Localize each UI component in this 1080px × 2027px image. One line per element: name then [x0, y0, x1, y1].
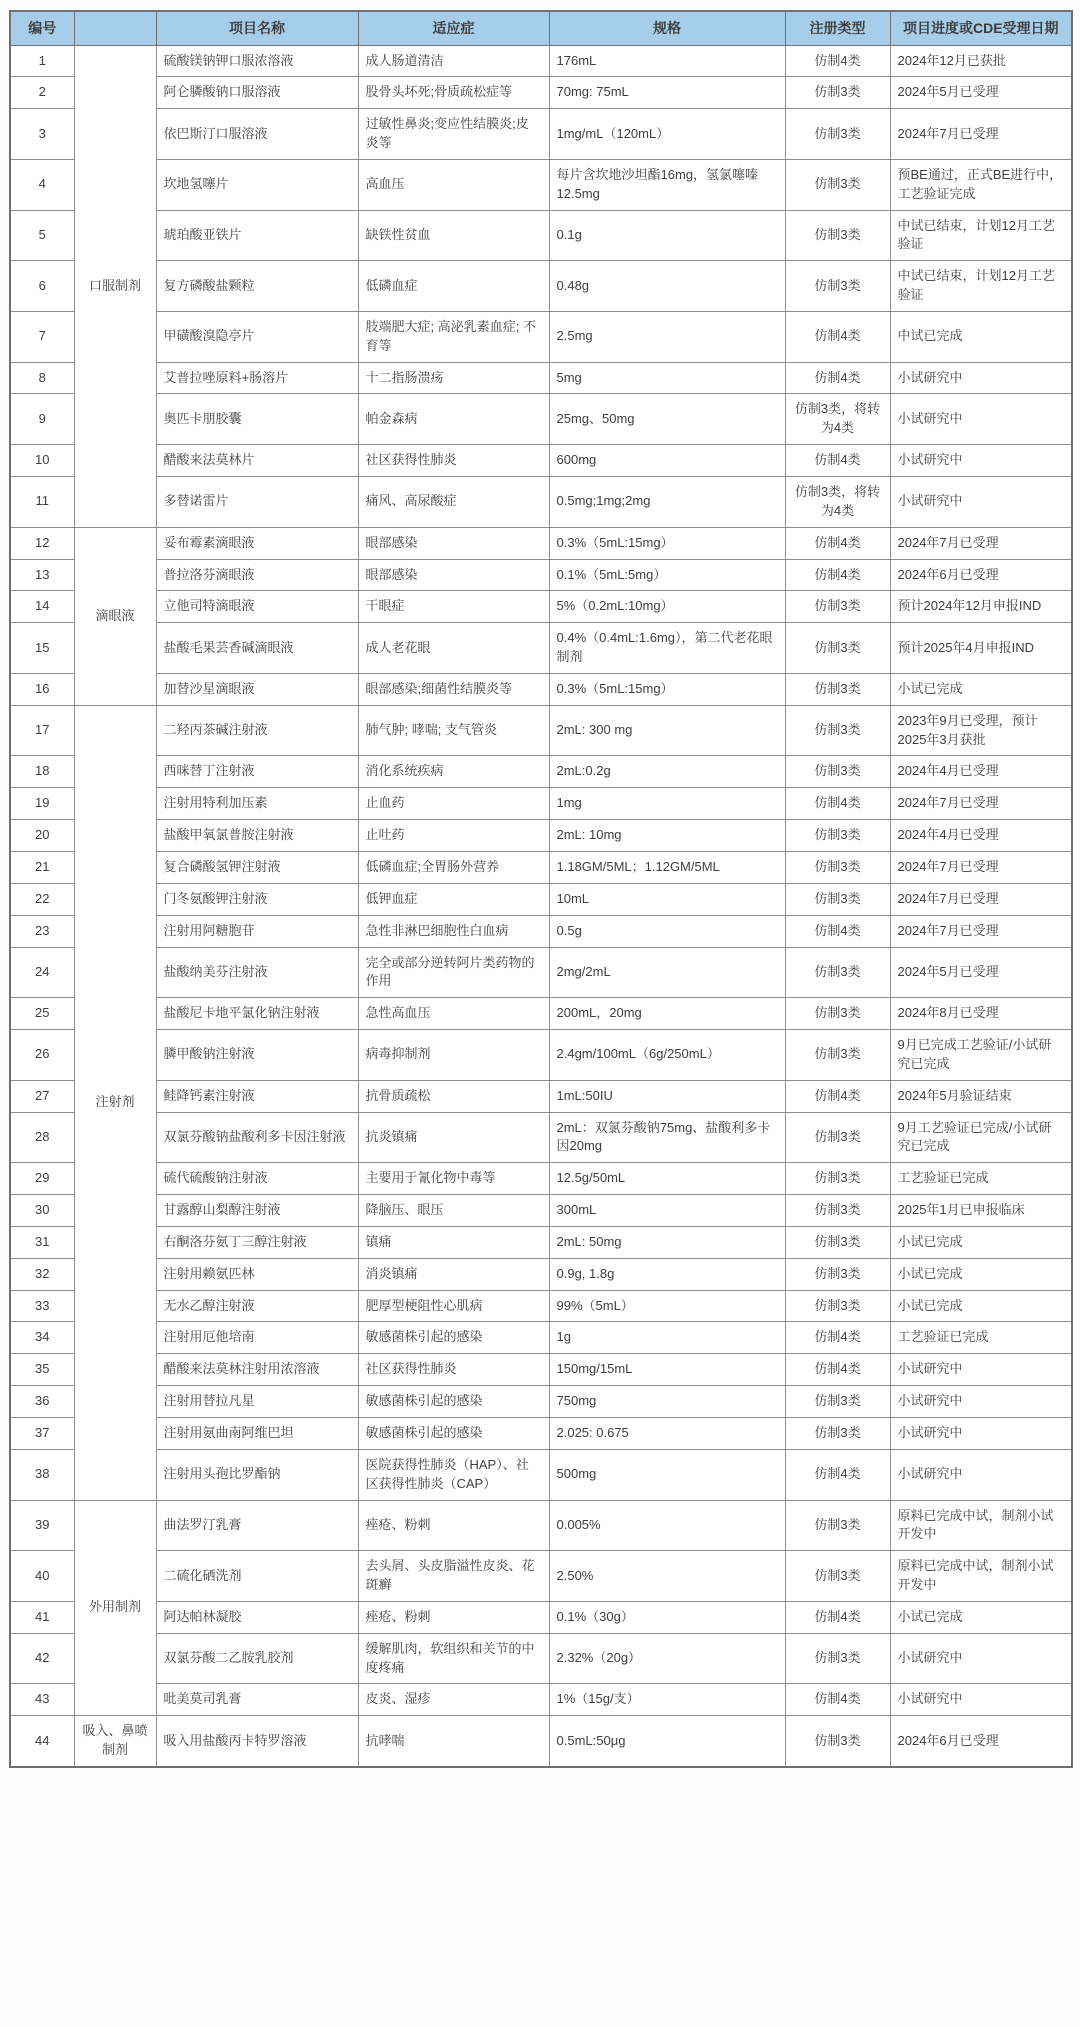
reg-type-cell: 仿制3类 [785, 705, 890, 756]
row-number-cell: 36 [10, 1386, 74, 1418]
indication-cell: 眼部感染 [358, 559, 549, 591]
category-cell: 口服制剂 [74, 45, 156, 527]
indication-cell: 社区获得性肺炎 [358, 445, 549, 477]
reg-type-cell: 仿制3类 [785, 1258, 890, 1290]
spec-cell: 2mL: 300 mg [549, 705, 785, 756]
spec-cell: 每片含坎地沙坦酯16mg，氢氯噻嗪12.5mg [549, 159, 785, 210]
progress-cell: 2024年5月已受理 [890, 77, 1072, 109]
progress-cell: 小试已完成 [890, 1226, 1072, 1258]
indication-cell: 抗哮喘 [358, 1716, 549, 1767]
table-row: 8艾普拉唑原料+肠溶片十二指肠溃疡5mg仿制4类小试研究中 [10, 362, 1072, 394]
progress-cell: 小试已完成 [890, 673, 1072, 705]
indication-cell: 干眼症 [358, 591, 549, 623]
reg-type-cell: 仿制4类 [785, 311, 890, 362]
project-name-cell: 坎地氢噻片 [156, 159, 358, 210]
reg-type-cell: 仿制3类 [785, 947, 890, 998]
table-row: 10醋酸来法莫林片社区获得性肺炎600mg仿制4类小试研究中 [10, 445, 1072, 477]
progress-cell: 小试研究中 [890, 394, 1072, 445]
project-name-cell: 膦甲酸钠注射液 [156, 1030, 358, 1081]
reg-type-cell: 仿制3类 [785, 109, 890, 160]
spec-cell: 25mg、50mg [549, 394, 785, 445]
progress-cell: 工艺验证已完成 [890, 1163, 1072, 1195]
project-name-cell: 阿仑膦酸钠口服溶液 [156, 77, 358, 109]
spec-cell: 1.18GM/5ML；1.12GM/5ML [549, 851, 785, 883]
reg-type-cell: 仿制4类 [785, 1684, 890, 1716]
row-number-cell: 4 [10, 159, 74, 210]
progress-cell: 2024年7月已受理 [890, 109, 1072, 160]
reg-type-cell: 仿制4类 [785, 362, 890, 394]
table-row: 22门冬氨酸钾注射液低钾血症10mL仿制3类2024年7月已受理 [10, 883, 1072, 915]
spec-cell: 5mg [549, 362, 785, 394]
project-name-cell: 二羟丙茶碱注射液 [156, 705, 358, 756]
project-name-cell: 西咪替丁注射液 [156, 756, 358, 788]
row-number-cell: 25 [10, 998, 74, 1030]
table-row: 37注射用氨曲南阿维巴坦敏感菌株引起的感染2.025: 0.675仿制3类小试研… [10, 1418, 1072, 1450]
progress-cell: 2024年4月已受理 [890, 756, 1072, 788]
column-header-indication: 适应症 [358, 11, 549, 45]
table-row: 21复合磷酸氢钾注射液低磷血症;全胃肠外营养1.18GM/5ML；1.12GM/… [10, 851, 1072, 883]
project-name-cell: 妥布霉素滴眼液 [156, 527, 358, 559]
spec-cell: 2mg/2mL [549, 947, 785, 998]
indication-cell: 低钾血症 [358, 883, 549, 915]
progress-cell: 小试已完成 [890, 1258, 1072, 1290]
row-number-cell: 6 [10, 261, 74, 312]
progress-cell: 小试研究中 [890, 1633, 1072, 1684]
spec-cell: 0.9g, 1.8g [549, 1258, 785, 1290]
category-cell: 注射剂 [74, 705, 156, 1500]
row-number-cell: 10 [10, 445, 74, 477]
table-row: 36注射用替拉凡星敏感菌株引起的感染750mg仿制3类小试研究中 [10, 1386, 1072, 1418]
project-name-cell: 鲑降钙素注射液 [156, 1080, 358, 1112]
row-number-cell: 18 [10, 756, 74, 788]
indication-cell: 十二指肠溃疡 [358, 362, 549, 394]
reg-type-cell: 仿制3类 [785, 159, 890, 210]
table-row: 34注射用厄他培南敏感菌株引起的感染1g仿制4类工艺验证已完成 [10, 1322, 1072, 1354]
table-row: 13普拉洛芬滴眼液眼部感染0.1%（5mL:5mg）仿制4类2024年6月已受理 [10, 559, 1072, 591]
table-row: 4坎地氢噻片高血压每片含坎地沙坦酯16mg，氢氯噻嗪12.5mg仿制3类预BE通… [10, 159, 1072, 210]
project-name-cell: 甘露醇山梨醇注射液 [156, 1195, 358, 1227]
spec-cell: 2.025: 0.675 [549, 1418, 785, 1450]
row-number-cell: 12 [10, 527, 74, 559]
indication-cell: 抗炎镇痛 [358, 1112, 549, 1163]
table-row: 1口服制剂硫酸镁钠钾口服浓溶液成人肠道清洁176mL仿制4类2024年12月已获… [10, 45, 1072, 77]
reg-type-cell: 仿制3类 [785, 1163, 890, 1195]
spec-cell: 1mL:50IU [549, 1080, 785, 1112]
project-name-cell: 门冬氨酸钾注射液 [156, 883, 358, 915]
row-number-cell: 29 [10, 1163, 74, 1195]
project-name-cell: 盐酸甲氧氯普胺注射液 [156, 820, 358, 852]
spec-cell: 1%（15g/支） [549, 1684, 785, 1716]
project-name-cell: 盐酸尼卡地平氯化钠注射液 [156, 998, 358, 1030]
table-row: 7甲磺酸溴隐亭片肢端肥大症; 高泌乳素血症; 不育等2.5mg仿制4类中试已完成 [10, 311, 1072, 362]
project-name-cell: 多替诺雷片 [156, 477, 358, 528]
spec-cell: 5%（0.2mL:10mg） [549, 591, 785, 623]
category-cell: 外用制剂 [74, 1500, 156, 1716]
spec-cell: 12.5g/50mL [549, 1163, 785, 1195]
spec-cell: 0.1g [549, 210, 785, 261]
indication-cell: 降脑压、眼压 [358, 1195, 549, 1227]
reg-type-cell: 仿制3类 [785, 1195, 890, 1227]
row-number-cell: 11 [10, 477, 74, 528]
table-row: 31右酮洛芬氨丁三醇注射液镇痛2mL: 50mg仿制3类小试已完成 [10, 1226, 1072, 1258]
spec-cell: 2mL:0.2g [549, 756, 785, 788]
progress-cell: 预BE通过，正式BE进行中，工艺验证完成 [890, 159, 1072, 210]
project-name-cell: 注射用阿糖胞苷 [156, 915, 358, 947]
table-row: 33无水乙醇注射液肥厚型梗阻性心肌病99%（5mL）仿制3类小试已完成 [10, 1290, 1072, 1322]
table-row: 27鲑降钙素注射液抗骨质疏松1mL:50IU仿制4类2024年5月验证结束 [10, 1080, 1072, 1112]
table-row: 28双氯芬酸钠盐酸利多卡因注射液抗炎镇痛2mL：双氯芬酸钠75mg、盐酸利多卡因… [10, 1112, 1072, 1163]
row-number-cell: 23 [10, 915, 74, 947]
project-name-cell: 加替沙星滴眼液 [156, 673, 358, 705]
indication-cell: 完全或部分逆转阿片类药物的作用 [358, 947, 549, 998]
spec-cell: 0.5mg;1mg;2mg [549, 477, 785, 528]
project-name-cell: 吡美莫司乳膏 [156, 1684, 358, 1716]
reg-type-cell: 仿制4类 [785, 559, 890, 591]
reg-type-cell: 仿制3类 [785, 591, 890, 623]
project-name-cell: 醋酸来法莫林片 [156, 445, 358, 477]
progress-cell: 2024年7月已受理 [890, 851, 1072, 883]
indication-cell: 社区获得性肺炎 [358, 1354, 549, 1386]
reg-type-cell: 仿制3类 [785, 851, 890, 883]
indication-cell: 低磷血症 [358, 261, 549, 312]
spec-cell: 0.1%（5mL:5mg） [549, 559, 785, 591]
spec-cell: 2mL：双氯芬酸钠75mg、盐酸利多卡因20mg [549, 1112, 785, 1163]
indication-cell: 低磷血症;全胃肠外营养 [358, 851, 549, 883]
indication-cell: 医院获得性肺炎（HAP）、社区获得性肺炎（CAP） [358, 1449, 549, 1500]
table-row: 3依巴斯汀口服溶液过敏性鼻炎;变应性结膜炎;皮炎等1mg/mL（120mL）仿制… [10, 109, 1072, 160]
spec-cell: 70mg: 75mL [549, 77, 785, 109]
table-header-row: 编号 项目名称 适应症 规格 注册类型 项目进度或CDE受理日期 [10, 11, 1072, 45]
indication-cell: 病毒抑制剂 [358, 1030, 549, 1081]
reg-type-cell: 仿制3类 [785, 1551, 890, 1602]
project-name-cell: 硫酸镁钠钾口服浓溶液 [156, 45, 358, 77]
spec-cell: 1mg/mL（120mL） [549, 109, 785, 160]
project-name-cell: 双氯芬酸二乙胺乳胶剂 [156, 1633, 358, 1684]
progress-cell: 2025年1月已申报临床 [890, 1195, 1072, 1227]
row-number-cell: 41 [10, 1601, 74, 1633]
reg-type-cell: 仿制4类 [785, 1601, 890, 1633]
reg-type-cell: 仿制3类 [785, 1226, 890, 1258]
spec-cell: 0.48g [549, 261, 785, 312]
row-number-cell: 30 [10, 1195, 74, 1227]
row-number-cell: 8 [10, 362, 74, 394]
project-name-cell: 依巴斯汀口服溶液 [156, 109, 358, 160]
indication-cell: 敏感菌株引起的感染 [358, 1322, 549, 1354]
row-number-cell: 26 [10, 1030, 74, 1081]
table-row: 29硫代硫酸钠注射液主要用于氰化物中毒等12.5g/50mL仿制3类工艺验证已完… [10, 1163, 1072, 1195]
table-row: 15盐酸毛果芸香碱滴眼液成人老花眼0.4%（0.4mL:1.6mg），第二代老花… [10, 623, 1072, 674]
progress-cell: 小试研究中 [890, 362, 1072, 394]
indication-cell: 股骨头坏死;骨质疏松症等 [358, 77, 549, 109]
indication-cell: 肥厚型梗阻性心肌病 [358, 1290, 549, 1322]
progress-cell: 2024年12月已获批 [890, 45, 1072, 77]
progress-cell: 小试研究中 [890, 477, 1072, 528]
row-number-cell: 3 [10, 109, 74, 160]
indication-cell: 抗骨质疏松 [358, 1080, 549, 1112]
progress-cell: 2023年9月已受理，预计2025年3月获批 [890, 705, 1072, 756]
reg-type-cell: 仿制4类 [785, 1449, 890, 1500]
row-number-cell: 15 [10, 623, 74, 674]
reg-type-cell: 仿制4类 [785, 527, 890, 559]
progress-cell: 小试研究中 [890, 1418, 1072, 1450]
project-name-cell: 立他司特滴眼液 [156, 591, 358, 623]
row-number-cell: 7 [10, 311, 74, 362]
indication-cell: 缓解肌肉，软组织和关节的中度疼痛 [358, 1633, 549, 1684]
project-name-cell: 曲法罗汀乳膏 [156, 1500, 358, 1551]
reg-type-cell: 仿制3类 [785, 756, 890, 788]
row-number-cell: 44 [10, 1716, 74, 1767]
reg-type-cell: 仿制3类 [785, 77, 890, 109]
project-name-cell: 甲磺酸溴隐亭片 [156, 311, 358, 362]
reg-type-cell: 仿制3类 [785, 1386, 890, 1418]
project-name-cell: 奥匹卡朋胶囊 [156, 394, 358, 445]
table-row: 16加替沙星滴眼液眼部感染;细菌性结膜炎等0.3%（5mL:15mg）仿制3类小… [10, 673, 1072, 705]
progress-cell: 2024年5月已受理 [890, 947, 1072, 998]
row-number-cell: 20 [10, 820, 74, 852]
indication-cell: 高血压 [358, 159, 549, 210]
table-row: 25盐酸尼卡地平氯化钠注射液急性高血压200mL，20mg仿制3类2024年8月… [10, 998, 1072, 1030]
reg-type-cell: 仿制3类 [785, 210, 890, 261]
table-row: 23注射用阿糖胞苷急性非淋巴细胞性白血病0.5g仿制4类2024年7月已受理 [10, 915, 1072, 947]
reg-type-cell: 仿制3类 [785, 1030, 890, 1081]
progress-cell: 2024年7月已受理 [890, 915, 1072, 947]
table-row: 43吡美莫司乳膏皮炎、湿疹1%（15g/支）仿制4类小试研究中 [10, 1684, 1072, 1716]
progress-cell: 预计2025年4月申报IND [890, 623, 1072, 674]
progress-cell: 9月工艺验证已完成/小试研究已完成 [890, 1112, 1072, 1163]
row-number-cell: 43 [10, 1684, 74, 1716]
reg-type-cell: 仿制3类 [785, 673, 890, 705]
project-name-cell: 注射用厄他培南 [156, 1322, 358, 1354]
spec-cell: 176mL [549, 45, 785, 77]
indication-cell: 皮炎、湿疹 [358, 1684, 549, 1716]
project-name-cell: 盐酸纳美芬注射液 [156, 947, 358, 998]
progress-cell: 小试研究中 [890, 1386, 1072, 1418]
reg-type-cell: 仿制3类 [785, 1716, 890, 1767]
spec-cell: 2.32%（20g） [549, 1633, 785, 1684]
reg-type-cell: 仿制4类 [785, 1322, 890, 1354]
table-row: 41阿达帕林凝胶痤疮、粉刺0.1%（30g）仿制4类小试已完成 [10, 1601, 1072, 1633]
indication-cell: 镇痛 [358, 1226, 549, 1258]
progress-cell: 原料已完成中试，制剂小试开发中 [890, 1500, 1072, 1551]
spec-cell: 0.3%（5mL:15mg） [549, 673, 785, 705]
table-row: 19注射用特利加压素止血药1mg仿制4类2024年7月已受理 [10, 788, 1072, 820]
progress-cell: 2024年5月验证结束 [890, 1080, 1072, 1112]
row-number-cell: 1 [10, 45, 74, 77]
table-row: 2阿仑膦酸钠口服溶液股骨头坏死;骨质疏松症等70mg: 75mL仿制3类2024… [10, 77, 1072, 109]
progress-cell: 2024年7月已受理 [890, 788, 1072, 820]
project-name-cell: 复合磷酸氢钾注射液 [156, 851, 358, 883]
indication-cell: 成人肠道清洁 [358, 45, 549, 77]
row-number-cell: 37 [10, 1418, 74, 1450]
indication-cell: 敏感菌株引起的感染 [358, 1418, 549, 1450]
progress-cell: 2024年8月已受理 [890, 998, 1072, 1030]
table-row: 35醋酸来法莫林注射用浓溶液社区获得性肺炎150mg/15mL仿制4类小试研究中 [10, 1354, 1072, 1386]
row-number-cell: 5 [10, 210, 74, 261]
row-number-cell: 27 [10, 1080, 74, 1112]
table-row: 24盐酸纳美芬注射液完全或部分逆转阿片类药物的作用2mg/2mL仿制3类2024… [10, 947, 1072, 998]
spec-cell: 500mg [549, 1449, 785, 1500]
table-row: 26膦甲酸钠注射液病毒抑制剂2.4gm/100mL（6g/250mL）仿制3类9… [10, 1030, 1072, 1081]
progress-cell: 2024年6月已受理 [890, 559, 1072, 591]
reg-type-cell: 仿制3类 [785, 883, 890, 915]
indication-cell: 痛风、高尿酸症 [358, 477, 549, 528]
table-row: 18西咪替丁注射液消化系统疾病2mL:0.2g仿制3类2024年4月已受理 [10, 756, 1072, 788]
table-body: 1口服制剂硫酸镁钠钾口服浓溶液成人肠道清洁176mL仿制4类2024年12月已获… [10, 45, 1072, 1767]
row-number-cell: 39 [10, 1500, 74, 1551]
row-number-cell: 9 [10, 394, 74, 445]
row-number-cell: 31 [10, 1226, 74, 1258]
row-number-cell: 28 [10, 1112, 74, 1163]
indication-cell: 急性高血压 [358, 998, 549, 1030]
row-number-cell: 14 [10, 591, 74, 623]
page: 编号 项目名称 适应症 规格 注册类型 项目进度或CDE受理日期 1口服制剂硫酸… [0, 0, 1080, 1778]
column-header-progress: 项目进度或CDE受理日期 [890, 11, 1072, 45]
indication-cell: 痤疮、粉刺 [358, 1601, 549, 1633]
column-header-reg-type: 注册类型 [785, 11, 890, 45]
progress-cell: 2024年7月已受理 [890, 883, 1072, 915]
reg-type-cell: 仿制4类 [785, 45, 890, 77]
table-row: 39外用制剂曲法罗汀乳膏痤疮、粉刺0.005%仿制3类原料已完成中试，制剂小试开… [10, 1500, 1072, 1551]
reg-type-cell: 仿制4类 [785, 788, 890, 820]
reg-type-cell: 仿制4类 [785, 915, 890, 947]
progress-cell: 2024年4月已受理 [890, 820, 1072, 852]
progress-cell: 中试已结束，计划12月工艺验证 [890, 210, 1072, 261]
table-row: 17注射剂二羟丙茶碱注射液肺气肿; 哮喘; 支气管炎2mL: 300 mg仿制3… [10, 705, 1072, 756]
indication-cell: 敏感菌株引起的感染 [358, 1386, 549, 1418]
indication-cell: 止血药 [358, 788, 549, 820]
reg-type-cell: 仿制3类，将转为4类 [785, 394, 890, 445]
row-number-cell: 22 [10, 883, 74, 915]
progress-cell: 小试已完成 [890, 1290, 1072, 1322]
row-number-cell: 33 [10, 1290, 74, 1322]
spec-cell: 1mg [549, 788, 785, 820]
project-name-cell: 注射用头孢比罗酯钠 [156, 1449, 358, 1500]
indication-cell: 急性非淋巴细胞性白血病 [358, 915, 549, 947]
indication-cell: 肢端肥大症; 高泌乳素血症; 不育等 [358, 311, 549, 362]
table-row: 38注射用头孢比罗酯钠医院获得性肺炎（HAP）、社区获得性肺炎（CAP）500m… [10, 1449, 1072, 1500]
indication-cell: 缺铁性贫血 [358, 210, 549, 261]
indication-cell: 消化系统疾病 [358, 756, 549, 788]
project-name-cell: 注射用赖氨匹林 [156, 1258, 358, 1290]
row-number-cell: 2 [10, 77, 74, 109]
row-number-cell: 13 [10, 559, 74, 591]
row-number-cell: 32 [10, 1258, 74, 1290]
project-name-cell: 硫代硫酸钠注射液 [156, 1163, 358, 1195]
progress-cell: 小试研究中 [890, 1684, 1072, 1716]
progress-cell: 2024年6月已受理 [890, 1716, 1072, 1767]
project-name-cell: 注射用特利加压素 [156, 788, 358, 820]
progress-cell: 中试已结束，计划12月工艺验证 [890, 261, 1072, 312]
indication-cell: 肺气肿; 哮喘; 支气管炎 [358, 705, 549, 756]
reg-type-cell: 仿制3类 [785, 1112, 890, 1163]
row-number-cell: 17 [10, 705, 74, 756]
reg-type-cell: 仿制4类 [785, 1354, 890, 1386]
spec-cell: 2mL: 10mg [549, 820, 785, 852]
spec-cell: 2.50% [549, 1551, 785, 1602]
spec-cell: 99%（5mL） [549, 1290, 785, 1322]
spec-cell: 0.1%（30g） [549, 1601, 785, 1633]
row-number-cell: 35 [10, 1354, 74, 1386]
table-row: 40二硫化硒洗剂去头屑、头皮脂溢性皮炎、花斑癣2.50%仿制3类原料已完成中试，… [10, 1551, 1072, 1602]
indication-cell: 眼部感染;细菌性结膜炎等 [358, 673, 549, 705]
table-row: 11多替诺雷片痛风、高尿酸症0.5mg;1mg;2mg仿制3类，将转为4类小试研… [10, 477, 1072, 528]
progress-cell: 9月已完成工艺验证/小试研究已完成 [890, 1030, 1072, 1081]
indication-cell: 帕金森病 [358, 394, 549, 445]
indication-cell: 过敏性鼻炎;变应性结膜炎;皮炎等 [358, 109, 549, 160]
reg-type-cell: 仿制3类 [785, 820, 890, 852]
table-row: 9奥匹卡朋胶囊帕金森病25mg、50mg仿制3类，将转为4类小试研究中 [10, 394, 1072, 445]
table-row: 42双氯芬酸二乙胺乳胶剂缓解肌肉，软组织和关节的中度疼痛2.32%（20g）仿制… [10, 1633, 1072, 1684]
project-name-cell: 琥珀酸亚铁片 [156, 210, 358, 261]
reg-type-cell: 仿制3类 [785, 261, 890, 312]
reg-type-cell: 仿制3类 [785, 1418, 890, 1450]
category-cell: 吸入、鼻喷制剂 [74, 1716, 156, 1767]
row-number-cell: 38 [10, 1449, 74, 1500]
table-row: 32注射用赖氨匹林消炎镇痛0.9g, 1.8g仿制3类小试已完成 [10, 1258, 1072, 1290]
indication-cell: 成人老花眼 [358, 623, 549, 674]
project-name-cell: 吸入用盐酸丙卡特罗溶液 [156, 1716, 358, 1767]
spec-cell: 2.4gm/100mL（6g/250mL） [549, 1030, 785, 1081]
column-header-name: 项目名称 [156, 11, 358, 45]
project-name-cell: 复方磷酸盐颗粒 [156, 261, 358, 312]
reg-type-cell: 仿制4类 [785, 1080, 890, 1112]
table-row: 5琥珀酸亚铁片缺铁性贫血0.1g仿制3类中试已结束，计划12月工艺验证 [10, 210, 1072, 261]
project-name-cell: 二硫化硒洗剂 [156, 1551, 358, 1602]
row-number-cell: 42 [10, 1633, 74, 1684]
project-name-cell: 注射用替拉凡星 [156, 1386, 358, 1418]
reg-type-cell: 仿制3类 [785, 998, 890, 1030]
indication-cell: 痤疮、粉刺 [358, 1500, 549, 1551]
spec-cell: 600mg [549, 445, 785, 477]
reg-type-cell: 仿制3类 [785, 1290, 890, 1322]
table-row: 12滴眼液妥布霉素滴眼液眼部感染0.3%（5mL:15mg）仿制4类2024年7… [10, 527, 1072, 559]
project-name-cell: 艾普拉唑原料+肠溶片 [156, 362, 358, 394]
progress-cell: 工艺验证已完成 [890, 1322, 1072, 1354]
reg-type-cell: 仿制3类 [785, 1633, 890, 1684]
project-name-cell: 普拉洛芬滴眼液 [156, 559, 358, 591]
indication-cell: 眼部感染 [358, 527, 549, 559]
reg-type-cell: 仿制3类 [785, 623, 890, 674]
indication-cell: 去头屑、头皮脂溢性皮炎、花斑癣 [358, 1551, 549, 1602]
project-name-cell: 阿达帕林凝胶 [156, 1601, 358, 1633]
spec-cell: 750mg [549, 1386, 785, 1418]
spec-cell: 0.005% [549, 1500, 785, 1551]
table-row: 14立他司特滴眼液干眼症5%（0.2mL:10mg）仿制3类预计2024年12月… [10, 591, 1072, 623]
indication-cell: 消炎镇痛 [358, 1258, 549, 1290]
spec-cell: 200mL，20mg [549, 998, 785, 1030]
spec-cell: 10mL [549, 883, 785, 915]
column-header-spec: 规格 [549, 11, 785, 45]
spec-cell: 0.4%（0.4mL:1.6mg），第二代老花眼制剂 [549, 623, 785, 674]
table-row: 30甘露醇山梨醇注射液降脑压、眼压300mL仿制3类2025年1月已申报临床 [10, 1195, 1072, 1227]
progress-cell: 原料已完成中试，制剂小试开发中 [890, 1551, 1072, 1602]
project-name-cell: 盐酸毛果芸香碱滴眼液 [156, 623, 358, 674]
spec-cell: 2mL: 50mg [549, 1226, 785, 1258]
project-name-cell: 右酮洛芬氨丁三醇注射液 [156, 1226, 358, 1258]
table-header: 编号 项目名称 适应症 规格 注册类型 项目进度或CDE受理日期 [10, 11, 1072, 45]
table-row: 6复方磷酸盐颗粒低磷血症0.48g仿制3类中试已结束，计划12月工艺验证 [10, 261, 1072, 312]
project-name-cell: 无水乙醇注射液 [156, 1290, 358, 1322]
indication-cell: 止吐药 [358, 820, 549, 852]
spec-cell: 1g [549, 1322, 785, 1354]
project-name-cell: 双氯芬酸钠盐酸利多卡因注射液 [156, 1112, 358, 1163]
progress-cell: 小试研究中 [890, 445, 1072, 477]
column-header-no: 编号 [10, 11, 74, 45]
progress-cell: 小试已完成 [890, 1601, 1072, 1633]
project-name-cell: 醋酸来法莫林注射用浓溶液 [156, 1354, 358, 1386]
row-number-cell: 21 [10, 851, 74, 883]
progress-cell: 中试已完成 [890, 311, 1072, 362]
